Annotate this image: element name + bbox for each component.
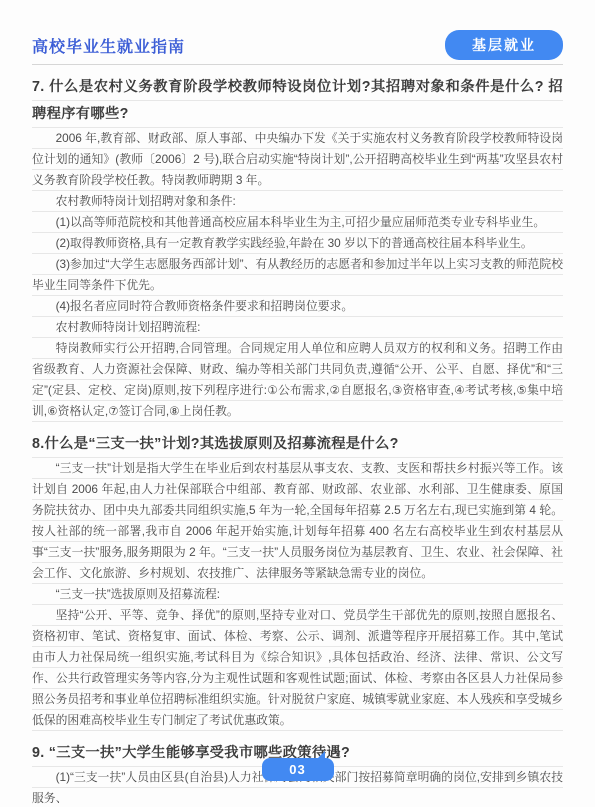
- badge-tail-icon: [316, 751, 325, 760]
- paragraph: 2006 年,教育部、财政部、原人事部、中央编办下发《关于实施农村义务教育阶段学…: [32, 128, 563, 191]
- paragraph: “三支一扶”计划是指大学生在毕业后到农村基层从事支农、支教、支医和帮扶乡村振兴等…: [32, 458, 563, 584]
- paragraph: 坚持“公开、平等、竞争、择优”的原则,坚持专业对口、党员学生干部优先的原则,按照…: [32, 605, 563, 731]
- question-7-body: 2006 年,教育部、财政部、原人事部、中央编办下发《关于实施农村义务教育阶段学…: [32, 128, 563, 422]
- question-7-heading: 7. 什么是农村义务教育阶段学校教师特设岗位计划?其招聘对象和条件是什么? 招聘…: [32, 74, 563, 128]
- page-footer: 03: [0, 758, 595, 781]
- page-header: 高校毕业生就业指南 基层就业: [32, 0, 563, 65]
- paragraph: “三支一扶”选拔原则及招募流程:: [32, 584, 563, 605]
- paragraph: (1)以高等师范院校和其他普通高校应届本科毕业生为主,可招少量应届师范类专业专科…: [32, 212, 563, 233]
- paragraph: 特岗教师实行公开招聘,合同管理。合同规定用人单位和应聘人员双方的权利和义务。招聘…: [32, 338, 563, 422]
- paragraph: 农村教师特岗计划招聘流程:: [32, 317, 563, 338]
- page-number-badge: 03: [262, 758, 334, 781]
- document-page: 高校毕业生就业指南 基层就业 7. 什么是农村义务教育阶段学校教师特设岗位计划?…: [0, 0, 595, 807]
- question-8-body: “三支一扶”计划是指大学生在毕业后到农村基层从事支农、支教、支医和帮扶乡村振兴等…: [32, 458, 563, 731]
- page-number: 03: [289, 762, 305, 777]
- category-badge: 基层就业: [445, 30, 563, 60]
- paragraph: (3)参加过“大学生志愿服务西部计划”、有从教经历的志愿者和参加过半年以上实习支…: [32, 254, 563, 296]
- doc-title: 高校毕业生就业指南: [32, 34, 185, 57]
- paragraph: (4)报名者应同时符合教师资格条件要求和招聘岗位要求。: [32, 296, 563, 317]
- paragraph: (2)取得教师资格,具有一定教育教学实践经验,年龄在 30 岁以下的普通高校往届…: [32, 233, 563, 254]
- question-8-heading: 8.什么是“三支一扶”计划?其选拔原则及招募流程是什么?: [32, 431, 563, 458]
- paragraph: 农村教师特岗计划招聘对象和条件:: [32, 191, 563, 212]
- page-content: 7. 什么是农村义务教育阶段学校教师特设岗位计划?其招聘对象和条件是什么? 招聘…: [32, 74, 563, 807]
